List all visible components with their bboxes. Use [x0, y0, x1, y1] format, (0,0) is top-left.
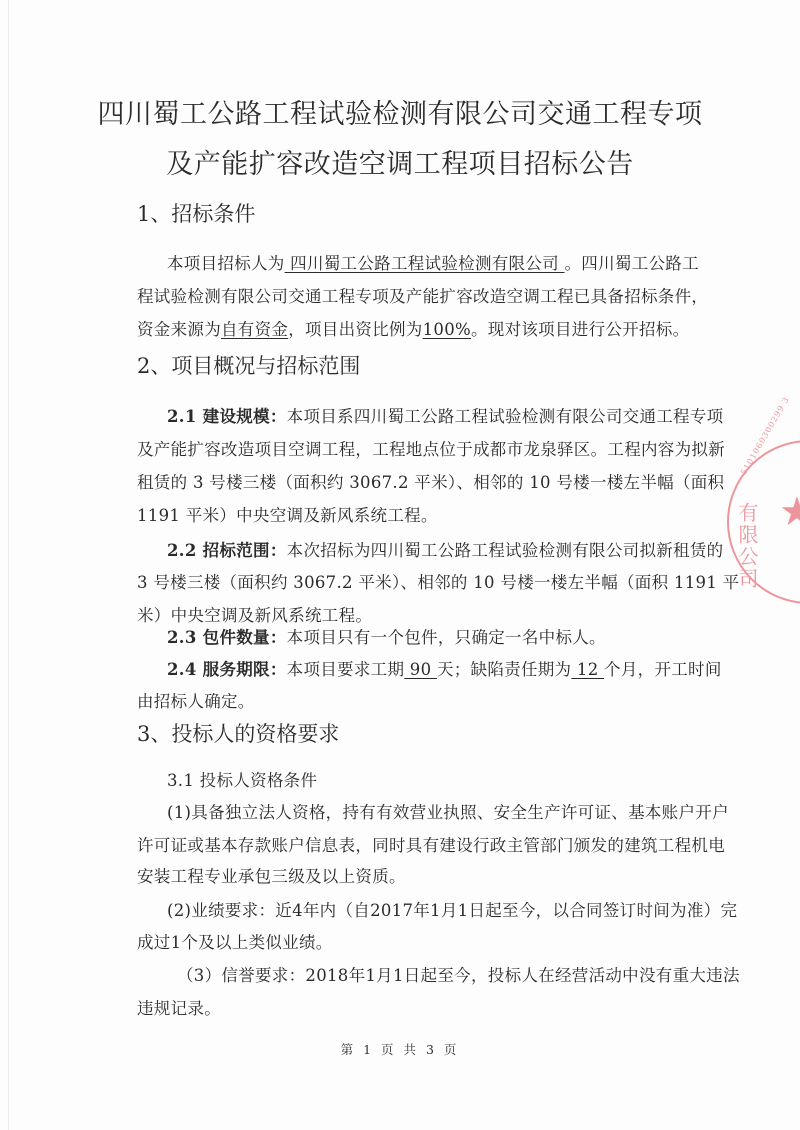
- work-period: 90: [404, 660, 437, 679]
- s21-line-2: 及产能扩容改造项目空调工程，工程地点位于成都市龙泉驿区。工程内容为拟新: [137, 436, 725, 460]
- text: 个月，开工时间: [604, 660, 722, 679]
- text: 。现对该项目进行公开招标。: [471, 320, 689, 339]
- document-page: 四川蜀工公路工程试验检测有限公司交通工程专项 及产能扩容改造空调工程项目招标公告…: [0, 0, 800, 1130]
- s24-line-2: 由招标人确定。: [137, 688, 255, 712]
- s22-line-2: 3 号楼三楼（面积约 3067.2 平米）、相邻的 10 号楼一楼左半幅（面积 …: [137, 569, 739, 593]
- company-seal-stamp: 5101060300299 3 ★ 有限公司: [727, 440, 800, 604]
- text: 本项目招标人为: [167, 254, 285, 273]
- s21-line-4: 1191 平米）中央空调及新风系统工程。: [137, 502, 438, 526]
- fund-ratio: 100%: [423, 320, 471, 339]
- subheading-3-1: 3.1 投标人资格条件: [167, 767, 317, 791]
- s1-line-3: 资金来源为自有资金，项目出资比例为100%。现对该项目进行公开招标。: [137, 316, 689, 340]
- text: 本项目系四川蜀工公路工程试验检测有限公司交通工程专项: [287, 407, 724, 426]
- s21-line-3: 租赁的 3 号楼三楼（面积约 3067.2 平米）、相邻的 10 号楼一楼左半幅…: [137, 469, 724, 493]
- c1-line-3: 安装工程专业承包三级及以上资质。: [137, 863, 406, 887]
- section-heading-3: 3、投标人的资格要求: [137, 718, 339, 748]
- c2-line-2: 成过1个及以上类似业绩。: [137, 929, 333, 953]
- clause-label: 2.2 招标范围：: [167, 541, 287, 560]
- c2-line-1: (2)业绩要求：近4年内（自2017年1月1日起至今，以合同签订时间为准）完: [167, 897, 737, 921]
- document-title-line-1: 四川蜀工公路工程试验检测有限公司交通工程专项: [0, 92, 800, 131]
- tenderer-name: 四川蜀工公路工程试验检测有限公司: [285, 254, 565, 273]
- c1-line-1: (1)具备独立法人资格，持有有效营业执照、安全生产许可证、基本账户开户: [167, 799, 729, 823]
- s24-line-1: 2.4 服务期限：本项目要求工期 90 天；缺陷责任期为 12 个月，开工时间: [167, 656, 722, 680]
- page-footer: 第 1 页 共 3 页: [0, 1040, 800, 1058]
- defect-period: 12: [571, 660, 604, 679]
- s22-line-1: 2.2 招标范围：本次招标为四川蜀工公路工程试验检测有限公司拟新租赁的: [167, 537, 723, 561]
- s23-line-1: 2.3 包件数量：本项目只有一个包件，只确定一名中标人。: [167, 624, 606, 648]
- s21-line-1: 2.1 建设规模：本项目系四川蜀工公路工程试验检测有限公司交通工程专项: [167, 403, 723, 427]
- section-heading-1: 1、招标条件: [137, 198, 255, 228]
- seal-number: 5101060300299 3: [739, 395, 791, 476]
- text: ，项目出资比例为: [288, 320, 422, 339]
- text: 。四川蜀工公路工: [565, 254, 699, 273]
- s22-line-3: 米）中央空调及新风系统工程。: [137, 602, 372, 626]
- clause-label: 2.1 建设规模：: [167, 407, 287, 426]
- fund-source: 自有资金: [221, 320, 288, 339]
- section-heading-2: 2、项目概况与招标范围: [137, 350, 360, 380]
- s1-line-1: 本项目招标人为 四川蜀工公路工程试验检测有限公司 。四川蜀工公路工: [167, 250, 699, 274]
- clause-label: 2.3 包件数量：: [167, 628, 287, 647]
- clause-label: 2.4 服务期限：: [167, 660, 287, 679]
- document-title-line-2: 及产能扩容改造空调工程项目招标公告: [0, 142, 800, 181]
- text: 资金来源为: [137, 320, 221, 339]
- text: 本次招标为四川蜀工公路工程试验检测有限公司拟新租赁的: [287, 541, 724, 560]
- s1-line-2: 程试验检测有限公司交通工程专项及产能扩容改造空调工程已具备招标条件，: [137, 283, 708, 307]
- c3-line-2: 违规记录。: [137, 995, 221, 1019]
- c1-line-2: 许可证或基本存款账户信息表，同时具有建设行政主管部门颁发的建筑工程机电: [137, 832, 725, 856]
- text: 天；缺陷责任期为: [437, 660, 571, 679]
- text: 本项目只有一个包件，只确定一名中标人。: [287, 628, 606, 647]
- seal-text: 有限公司: [733, 502, 762, 590]
- star-icon: ★: [779, 492, 800, 532]
- c3-line-1: （3）信誉要求：2018年1月1日起至今，投标人在经营活动中没有重大违法: [177, 962, 740, 986]
- text: 本项目要求工期: [287, 660, 405, 679]
